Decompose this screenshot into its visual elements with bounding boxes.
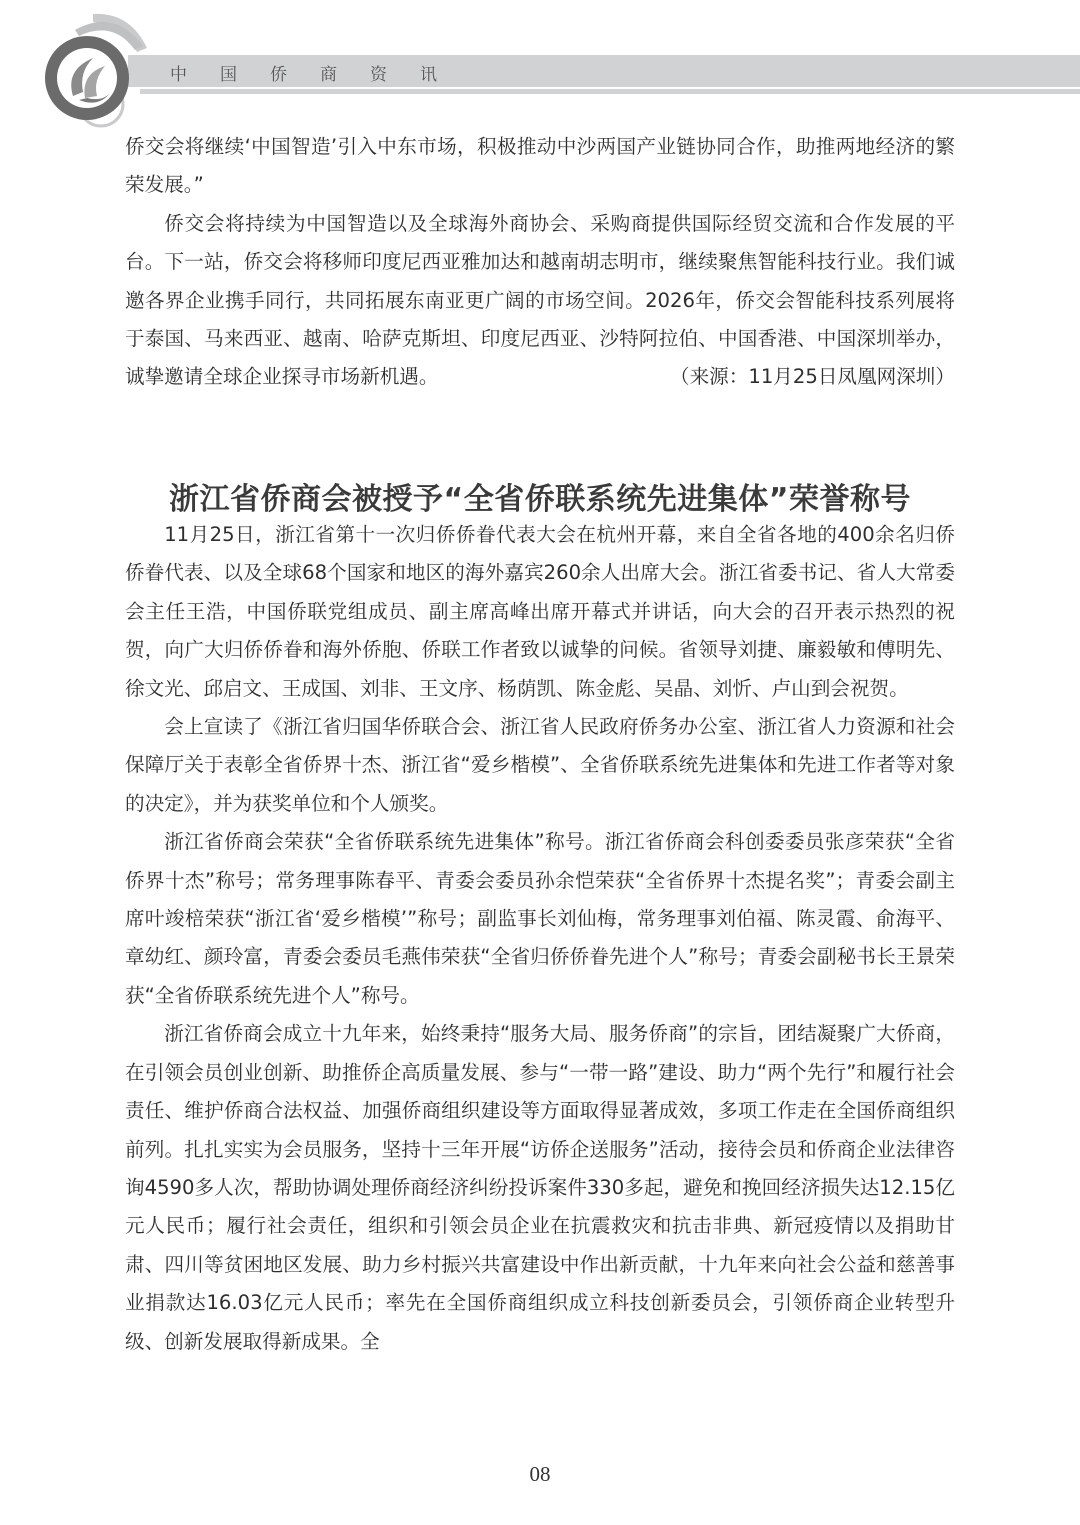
- paragraph: 侨交会将继续‘中国智造’引入中东市场，积极推动中沙两国产业链协同合作，助推两地经…: [125, 128, 955, 205]
- title-char: 侨: [270, 60, 320, 84]
- title-char: 资: [370, 60, 420, 84]
- article-title: 浙江省侨商会被授予“全省侨联系统先进集体”荣誉称号: [0, 474, 1080, 518]
- title-char: 讯: [420, 60, 470, 84]
- article-body: 11月25日，浙江省第十一次归侨侨眷代表大会在杭州开幕，来自全省各地的400余名…: [125, 516, 955, 1361]
- paragraph: 浙江省侨商会成立十九年来，始终秉持“服务大局、服务侨商”的宗旨，团结凝聚广大侨商…: [125, 1015, 955, 1361]
- paragraph: 侨交会将持续为中国智造以及全球海外商协会、采购商提供国际经贸交流和合作发展的平台…: [125, 205, 955, 397]
- title-char: 国: [220, 60, 270, 84]
- page-number: 08: [0, 1462, 1080, 1487]
- title-char: 商: [320, 60, 370, 84]
- paragraph: 11月25日，浙江省第十一次归侨侨眷代表大会在杭州开幕，来自全省各地的400余名…: [125, 516, 955, 708]
- paragraph: 浙江省侨商会荣获“全省侨联系统先进集体”称号。浙江省侨商会科创委委员张彦荣获“全…: [125, 823, 955, 1015]
- previous-article-continuation: 侨交会将继续‘中国智造’引入中东市场，积极推动中沙两国产业链协同合作，助推两地经…: [125, 128, 955, 397]
- magazine-title: 中 国 侨 商 资 讯: [170, 60, 470, 84]
- paragraph: 会上宣读了《浙江省归国华侨联合会、浙江省人民政府侨务办公室、浙江省人力资源和社会…: [125, 708, 955, 823]
- header-rule: [140, 89, 1080, 94]
- source-attribution: （来源：11月25日凤凰网深圳）: [631, 358, 955, 396]
- title-char: 中: [170, 60, 220, 84]
- federation-logo-icon: [35, 8, 155, 128]
